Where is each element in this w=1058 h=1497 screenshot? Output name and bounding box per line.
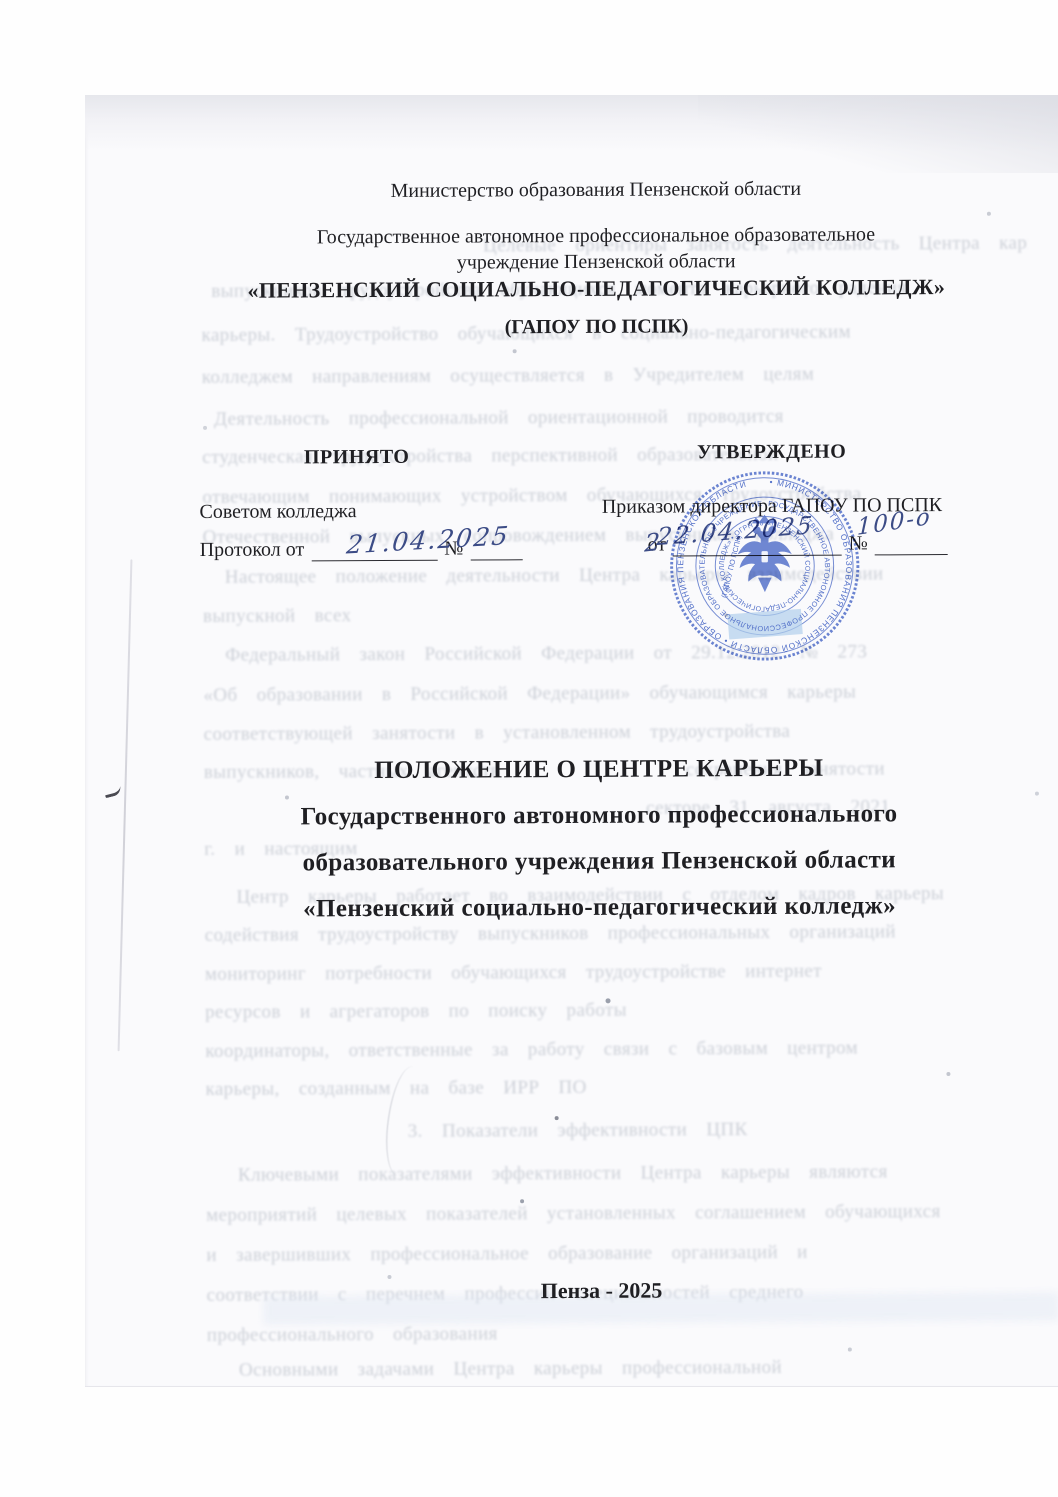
ghost-text-line: карьеры, созданным на базе ИРР ПО [205,1076,765,1101]
protocol-label: Протокол от [200,538,305,562]
ghost-text-line: ресурсов и агрегаторов по поиску работы [205,999,805,1024]
accepted-by: Советом колледжа [199,499,529,524]
ghost-text-line: профессионального образования [207,1322,707,1347]
page-content: Целевые ориентиры занятость деятельность… [82,92,1058,1389]
ghost-text-line: координаторы, ответственные за работу св… [205,1037,1020,1063]
ghost-text-line: Федеральный закон Российской Федерации о… [225,641,1025,667]
title-line-4: «Пензенский социально-педагогический кол… [116,882,1058,933]
scan-speckles [82,98,84,100]
ghost-text-line: соответствующей занятости в установленно… [204,720,984,746]
ministry-line: Министерство образования Пензенской обла… [113,176,1058,204]
document-page: Целевые ориентиры занятость деятельность… [85,95,1058,1387]
approved-heading: УТВЕРЖДЕНО [589,440,954,465]
title-line-1: ПОЛОЖЕНИЕ О ЦЕНТРЕ КАРЬЕРЫ [116,744,1058,795]
ghost-text-line: выпускной всех [203,604,503,628]
ghost-text-line: Ключевыми показателями эффективности Цен… [238,1161,1028,1187]
title-line-2: Государственного автономного профессиона… [116,790,1058,841]
ghost-text-line: колледжем направлениям осуществляется в … [202,363,892,389]
ghost-text-line: и завершивших профессиональное образован… [206,1241,1021,1267]
ghost-text-line: 3. Показатели эффективности ЦПК [408,1119,828,1143]
college-name: «ПЕНЗЕНСКИЙ СОЦИАЛЬНО-ПЕДАГОГИЧЕСКИЙ КОЛ… [113,273,1058,304]
college-abbreviation: (ГАПОУ ПО ПСПК) [113,313,1058,341]
org-name-line2: учреждение Пензенской области [113,248,1058,276]
org-name-line1: Государственное автономное профессиональ… [113,222,1058,250]
title-line-3: образовательного учреждения Пензенской о… [116,836,1058,887]
ghost-text-line: мониторинг потребности обучающихся трудо… [205,960,1020,986]
ghost-text-line: Деятельность профессиональной ориентацио… [214,405,1014,431]
ghost-text-line: «Об образовании в Российской Федерации» … [203,681,1003,707]
official-stamp: • МИНИСТЕРСТВО ОБРАЗОВАНИЯ ПЕНЗЕНСКОЙ ОБ… [667,468,862,663]
scan-background: Целевые ориентиры занятость деятельность… [0,0,1058,1497]
city-year: Пенза - 2025 [118,1275,1058,1306]
accepted-heading: ПРИНЯТО [184,445,529,470]
ghost-text-line: Основными задачами Центра карьеры профес… [239,1356,939,1382]
document-title: ПОЛОЖЕНИЕ О ЦЕНТРЕ КАРЬЕРЫ Государственн… [116,744,1058,933]
ghost-text-line: Настоящее положение деятельности Центра … [225,563,1005,589]
ghost-text-line: мероприятий целевых показателей установл… [206,1201,1021,1227]
